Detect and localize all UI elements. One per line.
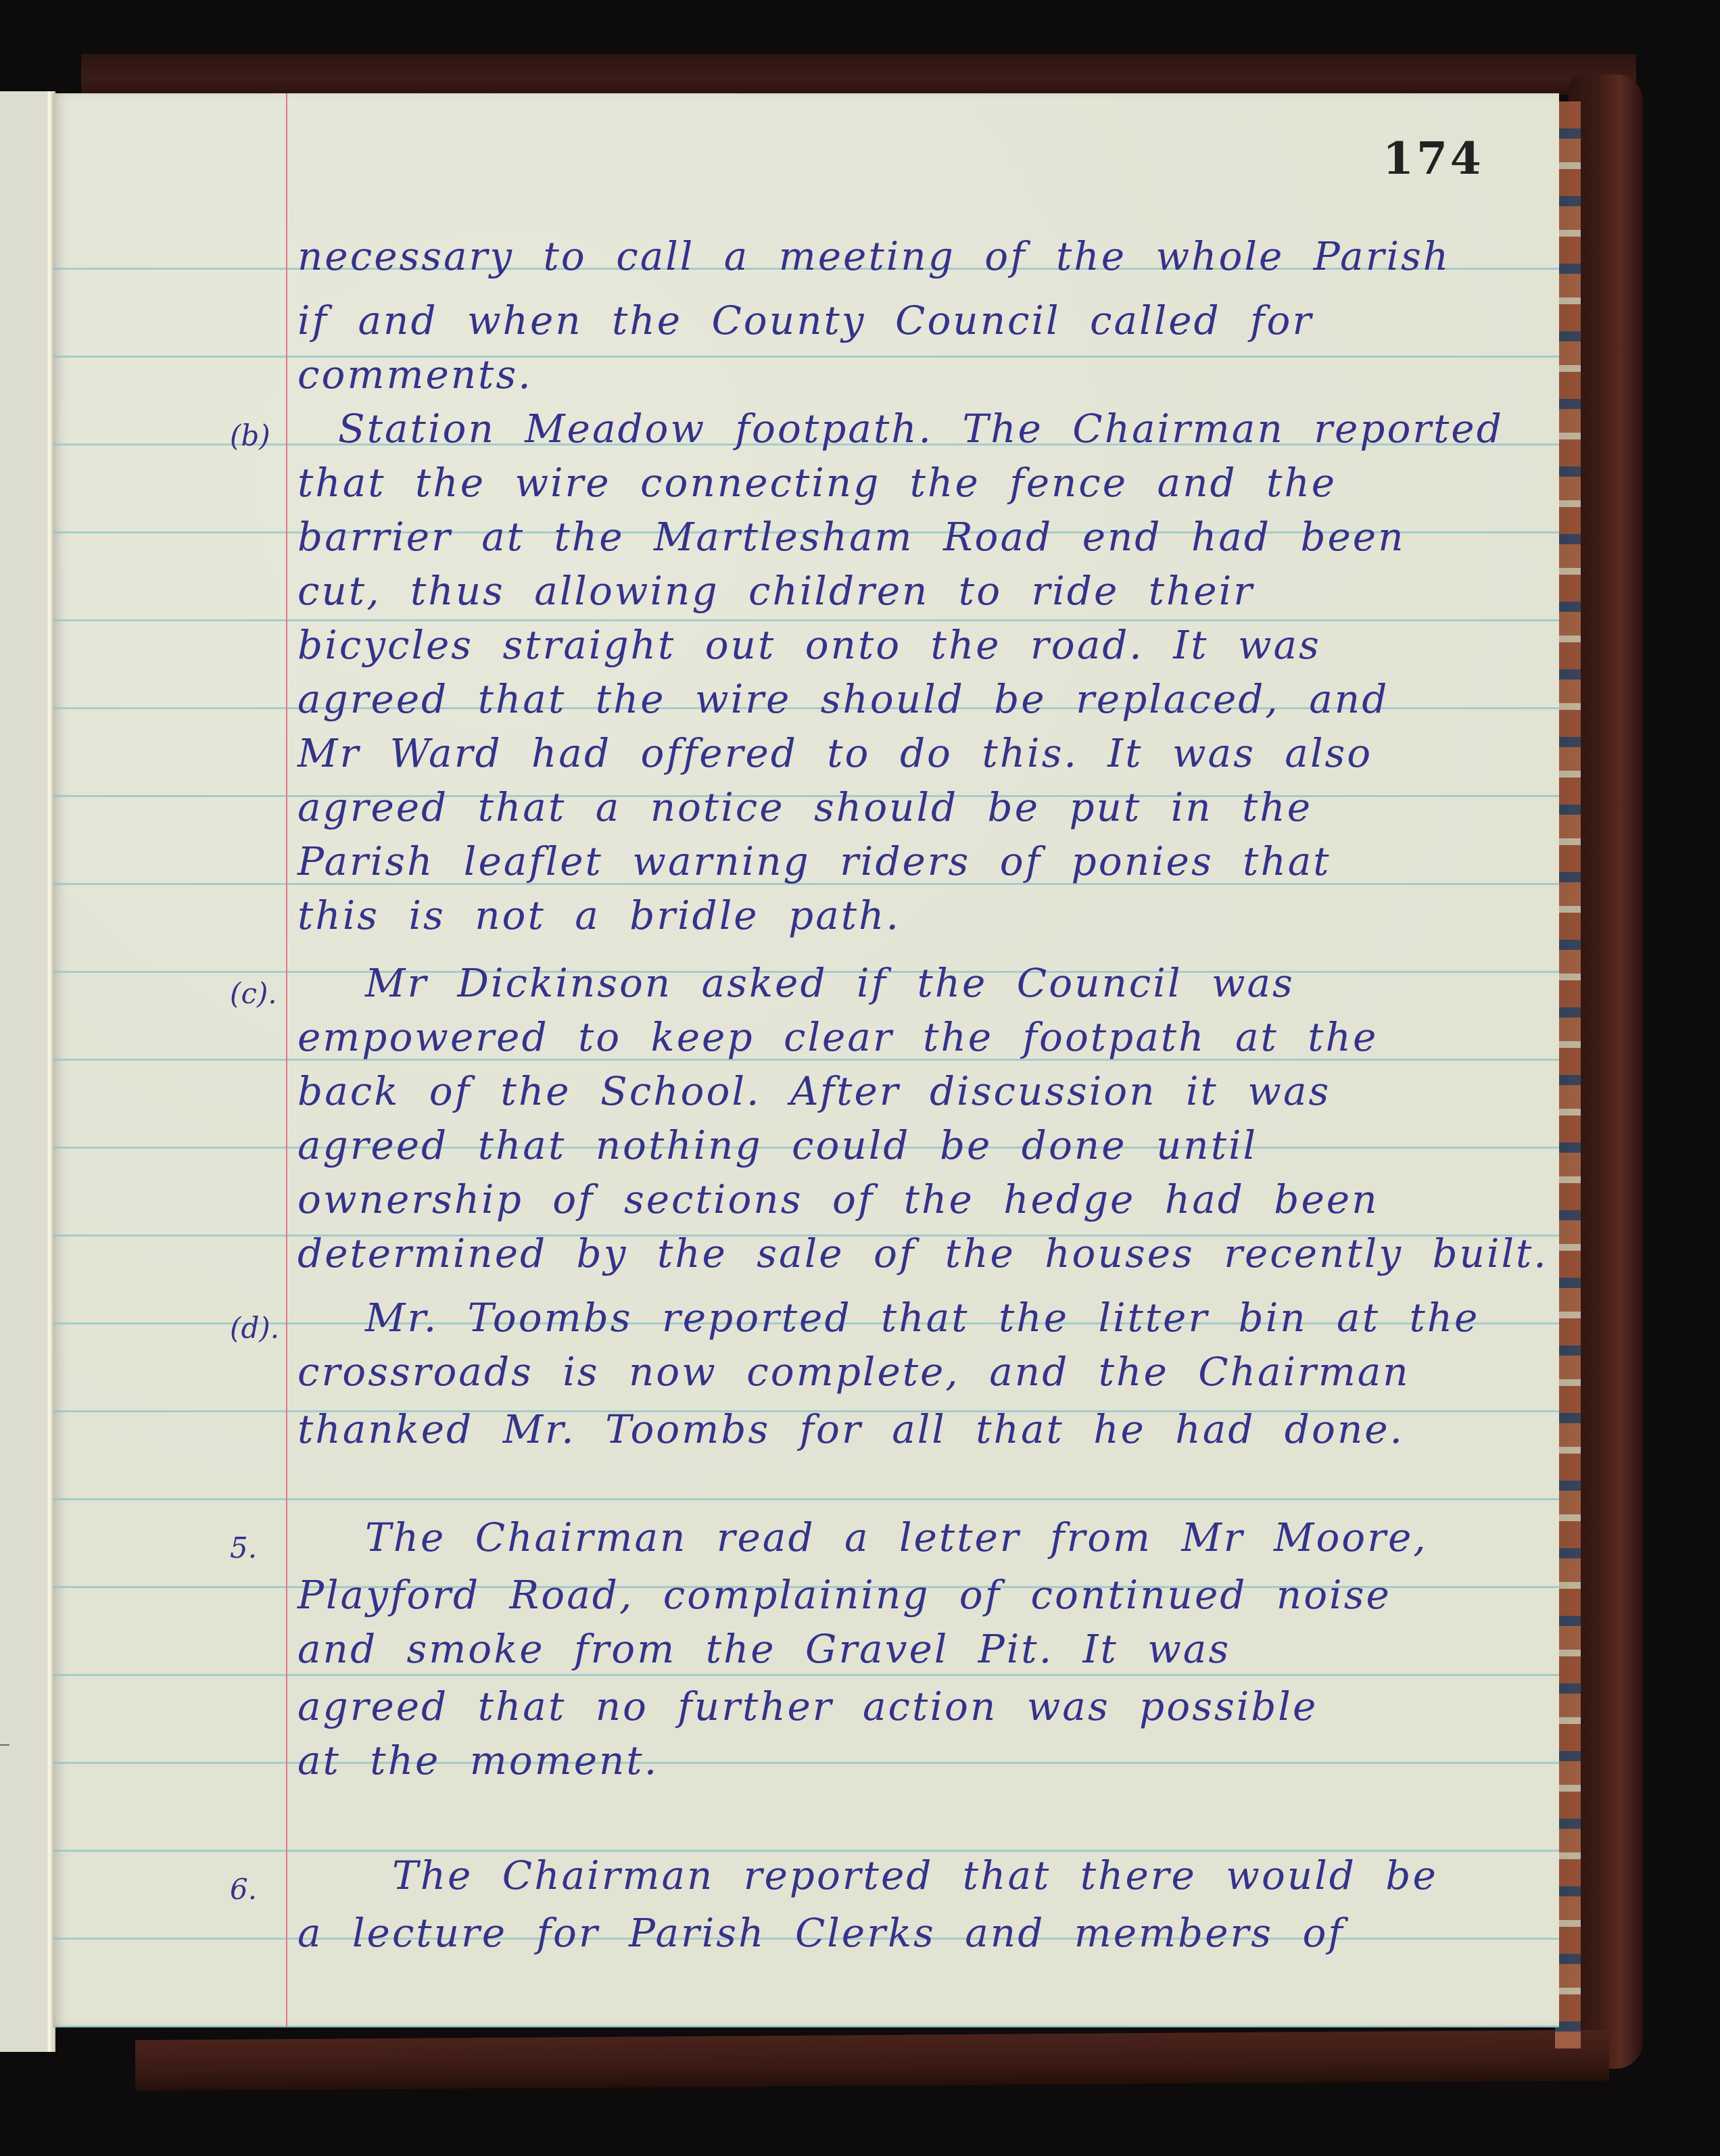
item-label: 6. xyxy=(230,1873,257,1906)
book-cover-top xyxy=(81,54,1636,95)
margin-line xyxy=(286,93,287,2027)
text-line: barrier at the Martlesham Road end had b… xyxy=(297,517,1528,556)
text-line: agreed that no further action was possib… xyxy=(297,1687,1528,1726)
text-line: Mr. Toombs reported that the litter bin … xyxy=(365,1298,1596,1337)
text-line: The Chairman reported that there would b… xyxy=(392,1856,1623,1895)
text-line: agreed that nothing could be done until xyxy=(297,1126,1528,1165)
text-line: back of the School. After discussion it … xyxy=(297,1072,1528,1111)
ruled-line xyxy=(53,2026,1559,2028)
text-line: thanked Mr. Toombs for all that he had d… xyxy=(297,1410,1528,1449)
text-line: if and when the County Council called fo… xyxy=(297,301,1528,340)
text-line: Mr Ward had offered to do this. It was a… xyxy=(297,734,1528,773)
text-line: bicycles straight out onto the road. It … xyxy=(297,625,1528,665)
text-line: and smoke from the Gravel Pit. It was xyxy=(297,1629,1528,1669)
text-line: empowered to keep clear the footpath at … xyxy=(297,1017,1528,1057)
text-line: cut, thus allowing children to ride thei… xyxy=(297,571,1528,610)
ruled-line xyxy=(53,1498,1559,1500)
text-line: this is not a bridle path. xyxy=(297,896,1528,935)
text-line: Mr Dickinson asked if the Council was xyxy=(365,963,1596,1003)
page-number: 174 xyxy=(1383,132,1484,185)
binding-stitch xyxy=(47,91,51,2052)
text-line: Station Meadow footpath. The Chairman re… xyxy=(338,409,1569,448)
text-line: Playford Road, complaining of continued … xyxy=(297,1575,1528,1614)
text-line: that the wire connecting the fence and t… xyxy=(297,463,1528,502)
item-label: (d). xyxy=(230,1312,279,1345)
text-line: agreed that the wire should be replaced,… xyxy=(297,679,1528,719)
item-label: (c). xyxy=(230,977,277,1010)
text-line: agreed that a notice should be put in th… xyxy=(297,788,1528,827)
text-line: The Chairman read a letter from Mr Moore… xyxy=(365,1518,1596,1557)
ruled-line xyxy=(53,1850,1559,1852)
text-line: necessary to call a meeting of the whole… xyxy=(297,237,1528,276)
text-line: comments. xyxy=(297,355,1528,394)
text-line: at the moment. xyxy=(297,1741,1528,1780)
text-line: crossroads is now complete, and the Chai… xyxy=(297,1352,1528,1391)
left-page xyxy=(0,91,55,2052)
left-page-mark xyxy=(0,1744,9,1746)
text-line: Parish leaflet warning riders of ponies … xyxy=(297,842,1528,881)
book-cover-bottom xyxy=(135,2030,1609,2090)
item-label: 5. xyxy=(230,1531,257,1564)
text-line: determined by the sale of the houses rec… xyxy=(297,1234,1528,1273)
item-label: (b) xyxy=(230,419,270,452)
text-line: a lecture for Parish Clerks and members … xyxy=(297,1913,1528,1953)
ruled-line xyxy=(53,619,1559,621)
text-line: ownership of sections of the hedge had b… xyxy=(297,1180,1528,1219)
ruled-line xyxy=(53,1674,1559,1676)
